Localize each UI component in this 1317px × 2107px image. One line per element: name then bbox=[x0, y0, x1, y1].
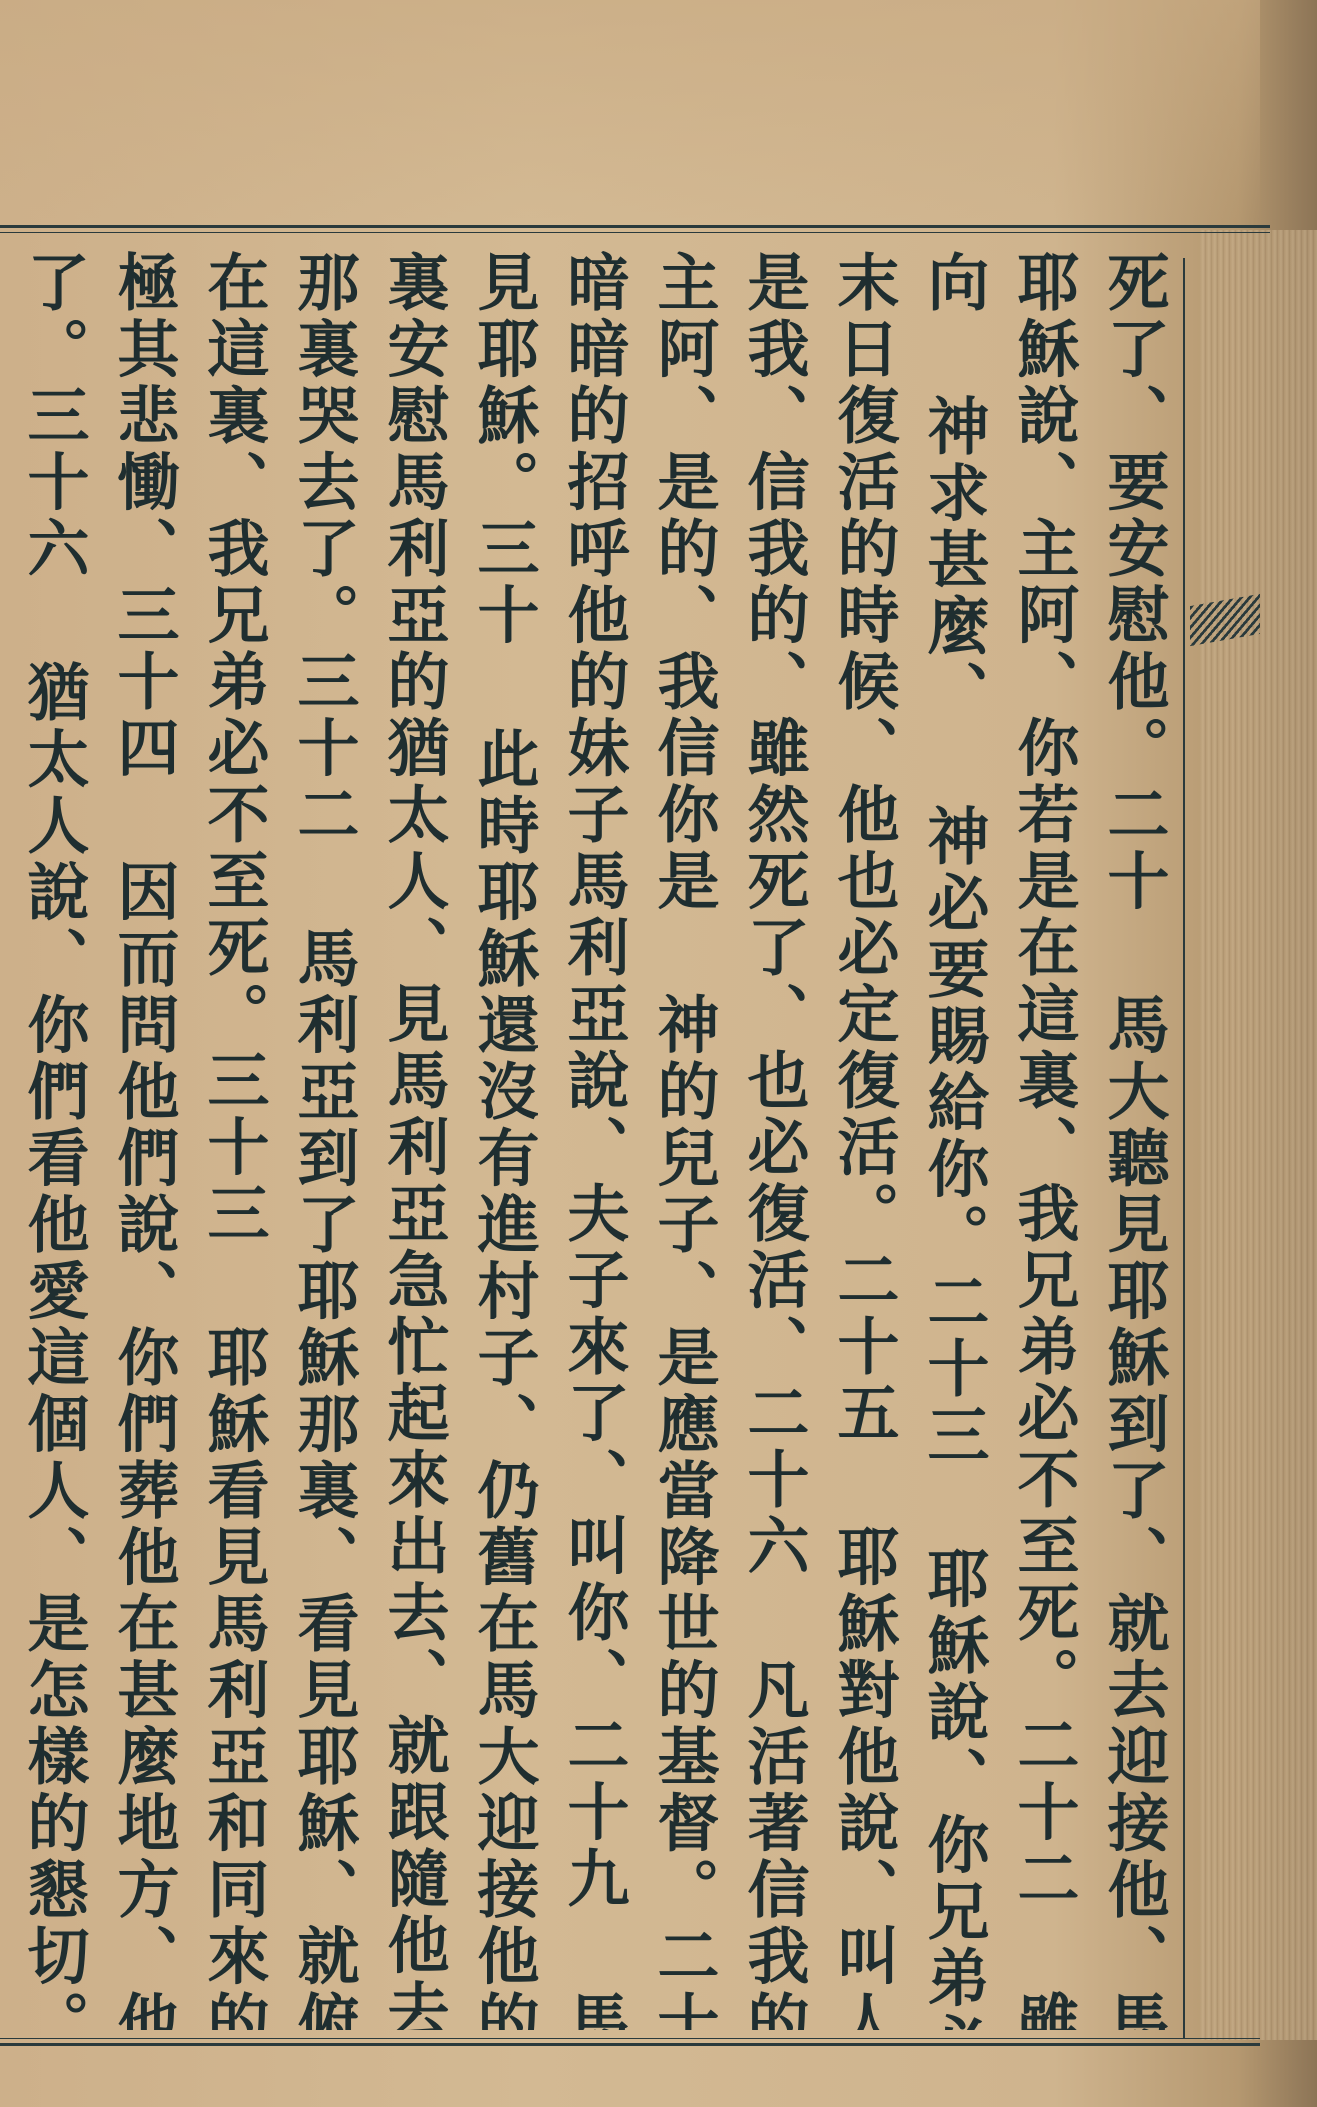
top-margin bbox=[0, 0, 1260, 220]
book-fore-edge bbox=[1200, 230, 1317, 2040]
bottom-border-rule bbox=[0, 2038, 1260, 2046]
text-block: 死了、要安慰他。二十 馬大聽見耶穌到了、就去迎接他、馬利亞仍舊坐在家裏。二十一 … bbox=[8, 250, 1178, 2030]
text-column-6: 主阿、是的、我信你是 神的兒子、是應當降世的基督。二十八 馬大說完了這話、就回去… bbox=[638, 250, 728, 2030]
text-column-8: 見耶穌。三十 此時耶穌還沒有進村子、仍舊在馬大迎接他的地方、三十一 那些在馬利亞… bbox=[458, 250, 548, 2030]
text-column-9: 裏安慰馬利亞的猶太人、見馬利亞急忙起來出去、就跟隨他去、說他必往墳墓 bbox=[368, 250, 458, 2030]
scanned-page: 死了、要安慰他。二十 馬大聽見耶穌到了、就去迎接他、馬利亞仍舊坐在家裏。二十一 … bbox=[0, 0, 1317, 2107]
text-column-12: 極其悲慟、三十四 因而問他們說、你們葬他在甚麼地方、他們回答說、請主來看、三十五… bbox=[98, 250, 188, 2030]
text-column-13: 了。三十六 猶太人說、你們看他愛這個人、是怎樣的懇切。三十七 又有人說、他能叫瞎… bbox=[8, 250, 98, 2030]
text-column-11: 在這裏、我兄弟必不至死。三十三 耶穌看見馬利亞和同來的猶太人都哭、就傷起心來 bbox=[188, 250, 278, 2030]
text-column-10: 那裏哭去了。三十二 馬利亞到了耶穌那裏、看見耶穌、就俯伏在他脚前、說、主阿、你若… bbox=[278, 250, 368, 2030]
text-column-3: 向 神求甚麼、 神必要賜給你。二十三 耶穌說、你兄弟必定復活。二十四 馬大說、我… bbox=[908, 250, 998, 2030]
text-column-2: 耶穌說、主阿、你若是在這裏、我兄弟必不至死。二十二 雖然這樣、我卻知道現在你不拘 bbox=[998, 250, 1088, 2030]
text-column-5: 是我、信我的、雖然死了、也必復活、二十六 凡活著信我的人、永遠不死、你信這個麼、… bbox=[728, 250, 818, 2030]
text-column-4: 末日復活的時候、他也必定復活。二十五 耶穌對他說、叫人復活的是我、賜人生命的也 bbox=[818, 250, 908, 2030]
text-column-7: 暗暗的招呼他的妹子馬利亞說、夫子來了、叫你、二十九 馬利亞聽見這話、急忙起來、去 bbox=[548, 250, 638, 2030]
top-border-rule bbox=[0, 225, 1270, 233]
text-column-1: 死了、要安慰他。二十 馬大聽見耶穌到了、就去迎接他、馬利亞仍舊坐在家裏。二十一 … bbox=[1088, 250, 1178, 2030]
right-border-rule bbox=[1183, 258, 1185, 2038]
